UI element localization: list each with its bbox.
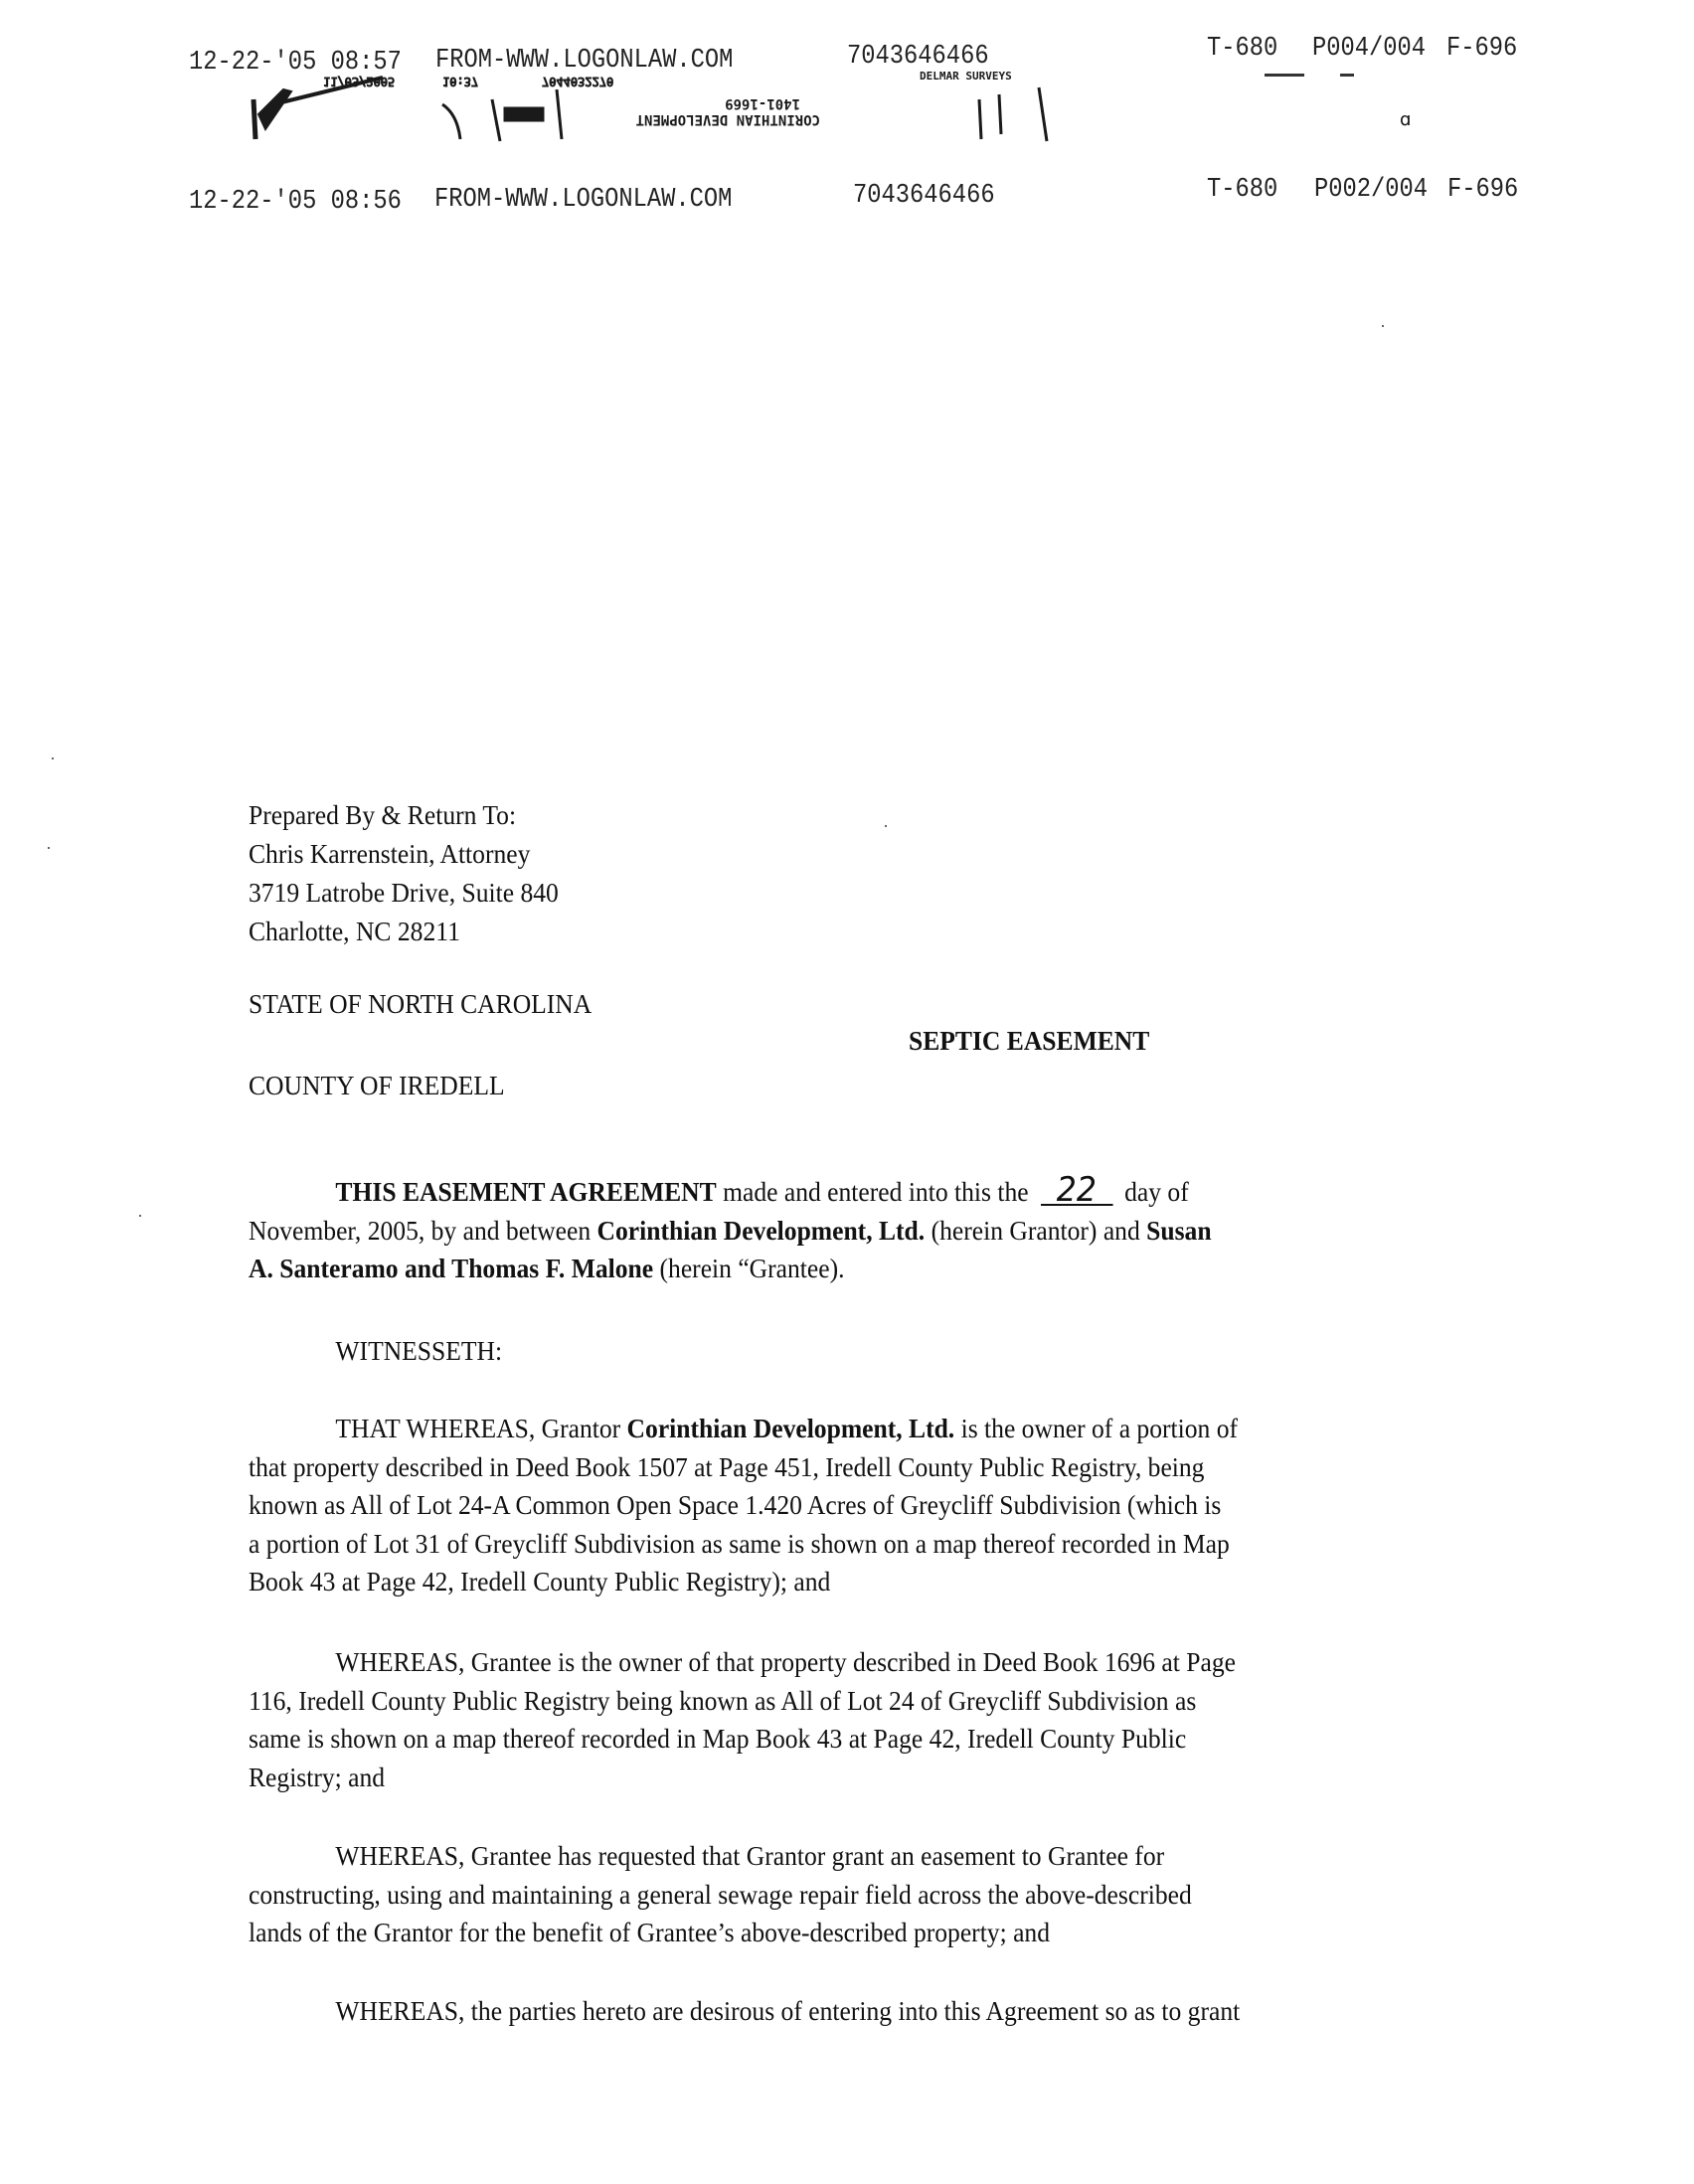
scan-speck <box>48 847 50 849</box>
whereas-paragraph-3: WHEREAS, Grantee has requested that Gran… <box>249 1837 1414 1952</box>
intro-paragraph: THIS EASEMENT AGREEMENT made and entered… <box>249 1173 1414 1288</box>
venue-state: STATE OF NORTH CAROLINA <box>249 984 592 1023</box>
fax-header-id-1: F-696 <box>1446 34 1517 64</box>
venue-county: COUNTY OF IREDELL <box>249 1066 505 1104</box>
whereas-paragraph-4: WHEREAS, the parties hereto are desirous… <box>249 1992 1414 2031</box>
fax-header-datetime-2: 12-22-'05 08:56 <box>189 187 402 217</box>
svg-text:DELMAR SURVEYS: DELMAR SURVEYS <box>920 70 1012 83</box>
scan-mark-dash <box>1340 74 1354 77</box>
grantee-name-part2: A. Santeramo and Thomas F. Malone <box>249 1253 653 1283</box>
witnesseth-heading: WITNESSETH: <box>249 1332 1414 1371</box>
document-title: SEPTIC EASEMENT <box>909 1021 1149 1060</box>
fax-header-transmission-2: T-680 <box>1207 175 1277 205</box>
svg-text:11/03/2005: 11/03/2005 <box>323 75 395 88</box>
grantee-name-part1: Susan <box>1146 1215 1211 1246</box>
fax-header-page-1: P004/004 <box>1312 34 1426 64</box>
fax-header-phone-1: 7043646466 <box>847 42 989 72</box>
attorney-address: 3719 Latrobe Drive, Suite 840 <box>249 873 559 912</box>
scan-mark-dash <box>1265 74 1304 77</box>
grantor-name: Corinthian Development, Ltd. <box>627 1413 955 1443</box>
attorney-name: Chris Karrenstein, Attorney <box>249 834 559 873</box>
fax-header-transmission-1: T-680 <box>1207 34 1277 64</box>
stamp-mirrored-text: CORINTHIAN DEVELOPMENT <box>636 111 820 127</box>
fax-header-from-2: FROM-WWW.LOGONLAW.COM <box>434 185 732 215</box>
grantor-name: Corinthian Development, Ltd. <box>597 1215 926 1246</box>
scan-speck <box>1382 325 1384 327</box>
scan-speck <box>885 825 887 827</box>
whereas-paragraph-1: THAT WHEREAS, Grantor Corinthian Develop… <box>249 1410 1414 1601</box>
agreement-lead: THIS EASEMENT AGREEMENT <box>335 1176 716 1207</box>
svg-text:7044032270: 7044032270 <box>542 75 613 88</box>
svg-text:10:37: 10:37 <box>442 75 478 88</box>
fax-header-phone-2: 7043646466 <box>853 181 995 211</box>
attorney-city: Charlotte, NC 28211 <box>249 912 559 950</box>
fax-header-page-2: P002/004 <box>1314 175 1428 205</box>
fax-stamp-residue: 11/03/2005 10:37 7044032270 CORINTHIAN D… <box>244 70 1059 149</box>
scan-speck <box>52 757 54 759</box>
handwritten-day: 22 <box>1041 1176 1113 1206</box>
scan-speck <box>139 1215 141 1217</box>
scan-mark: ɑ <box>1400 109 1411 130</box>
svg-text:1401-1669: 1401-1669 <box>725 95 800 111</box>
prepared-by-block: Prepared By & Return To: Chris Karrenste… <box>249 795 559 950</box>
fax-header-id-2: F-696 <box>1447 175 1518 205</box>
whereas-paragraph-2: WHEREAS, Grantee is the owner of that pr… <box>249 1643 1414 1796</box>
prepared-by-label: Prepared By & Return To: <box>249 795 559 834</box>
